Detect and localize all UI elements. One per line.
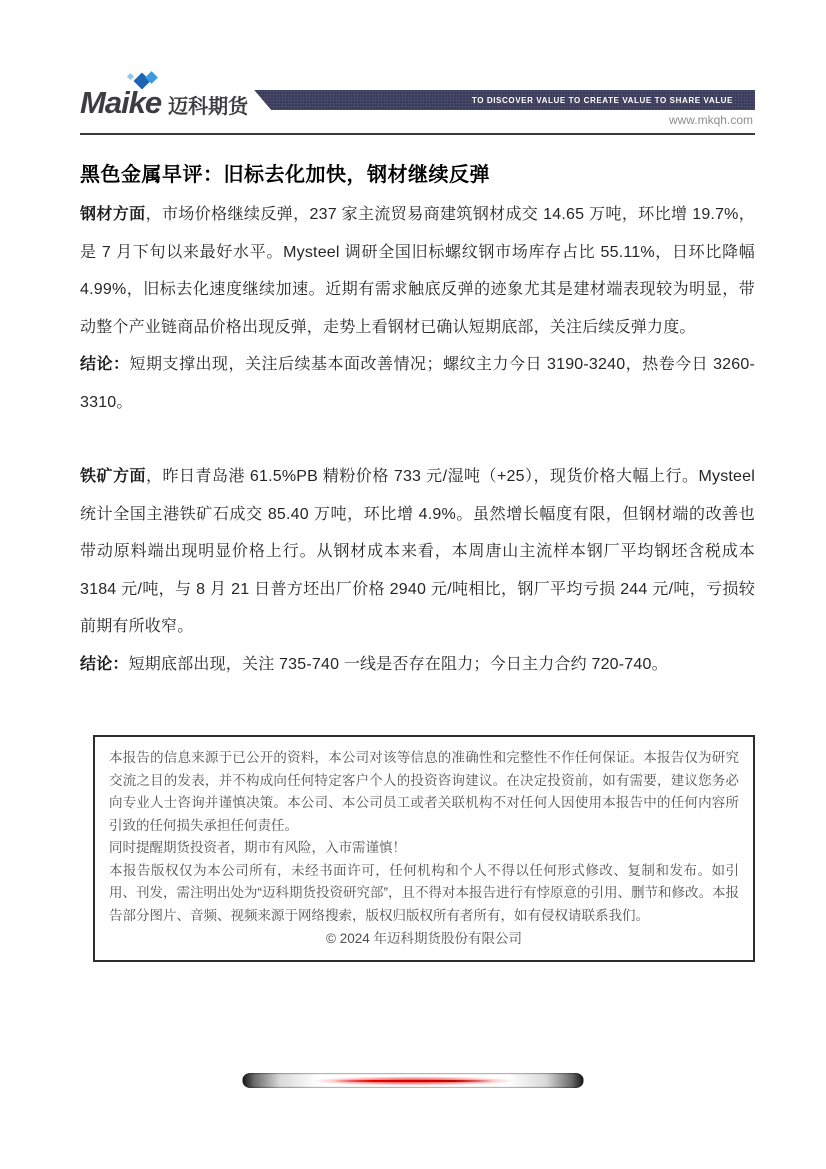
steel-section-paragraph: 钢材方面，市场价格继续反弹，237 家主流贸易商建筑钢材成交 14.65 万吨，… bbox=[80, 196, 755, 346]
slogan-banner: TO DISCOVER VALUE TO CREATE VALUE TO SHA… bbox=[254, 90, 755, 110]
iron-ore-conclusion-label: 结论： bbox=[80, 656, 129, 673]
steel-section-body: ，市场价格继续反弹，237 家主流贸易商建筑钢材成交 14.65 万吨，环比增 … bbox=[80, 206, 755, 336]
iron-ore-section-body: ，昨日青岛港 61.5%PB 精粉价格 733 元/湿吨（+25），现货价格大幅… bbox=[80, 468, 755, 635]
steel-section-lead: 钢材方面 bbox=[80, 206, 146, 223]
letterhead: Maike 迈科期货 TO DISCOVER VALUE TO CREATE V… bbox=[80, 0, 755, 127]
copyright-line: © 2024 年迈科期货股份有限公司 bbox=[109, 928, 739, 951]
iron-ore-conclusion-text: 短期底部出现，关注 735-740 一线是否存在阻力；今日主力合约 720-74… bbox=[129, 656, 668, 673]
disclaimer-paragraph: 本报告的信息来源于已公开的资料，本公司对该等信息的准确性和完整性不作任何保证。本… bbox=[109, 747, 739, 837]
company-logo: Maike 迈科期货 bbox=[80, 77, 248, 119]
disclaimer-copyright-notice: 本报告版权仅为本公司所有，未经书面许可，任何机构和个人不得以任何形式修改、复制和… bbox=[109, 860, 739, 928]
disclaimer-box: 本报告的信息来源于已公开的资料，本公司对该等信息的准确性和完整性不作任何保证。本… bbox=[93, 735, 755, 962]
footer-red-line-icon bbox=[333, 1080, 493, 1082]
iron-ore-section-paragraph: 铁矿方面，昨日青岛港 61.5%PB 精粉价格 733 元/湿吨（+25），现货… bbox=[80, 458, 755, 646]
steel-conclusion: 结论：短期支撑出现，关注后续基本面改善情况；螺纹主力今日 3190-3240，热… bbox=[80, 346, 755, 421]
iron-ore-conclusion: 结论：短期底部出现，关注 735-740 一线是否存在阻力；今日主力合约 720… bbox=[80, 646, 755, 684]
steel-conclusion-text: 短期支撑出现，关注后续基本面改善情况；螺纹主力今日 3190-3240，热卷今日… bbox=[80, 356, 755, 411]
steel-conclusion-label: 结论： bbox=[80, 356, 130, 373]
slogan-text: TO DISCOVER VALUE TO CREATE VALUE TO SHA… bbox=[472, 96, 733, 105]
letterhead-right: TO DISCOVER VALUE TO CREATE VALUE TO SHA… bbox=[254, 77, 755, 127]
logo-wordmark: Maike bbox=[80, 77, 161, 118]
report-page: Maike 迈科期货 TO DISCOVER VALUE TO CREATE V… bbox=[0, 0, 826, 1169]
website-url: www.mkqh.com bbox=[254, 113, 755, 127]
iron-ore-section-lead: 铁矿方面 bbox=[80, 468, 146, 485]
logo-diamond-icon bbox=[120, 73, 166, 91]
footer-decorative-bar bbox=[243, 1073, 584, 1088]
page-title: 黑色金属早评：旧标去化加快，钢材继续反弹 bbox=[80, 158, 755, 187]
header-divider bbox=[80, 133, 755, 135]
disclaimer-risk-warning: 同时提醒期货投资者，期市有风险，入市需谨慎！ bbox=[109, 837, 739, 860]
logo-chinese-text: 迈科期货 bbox=[168, 90, 248, 119]
